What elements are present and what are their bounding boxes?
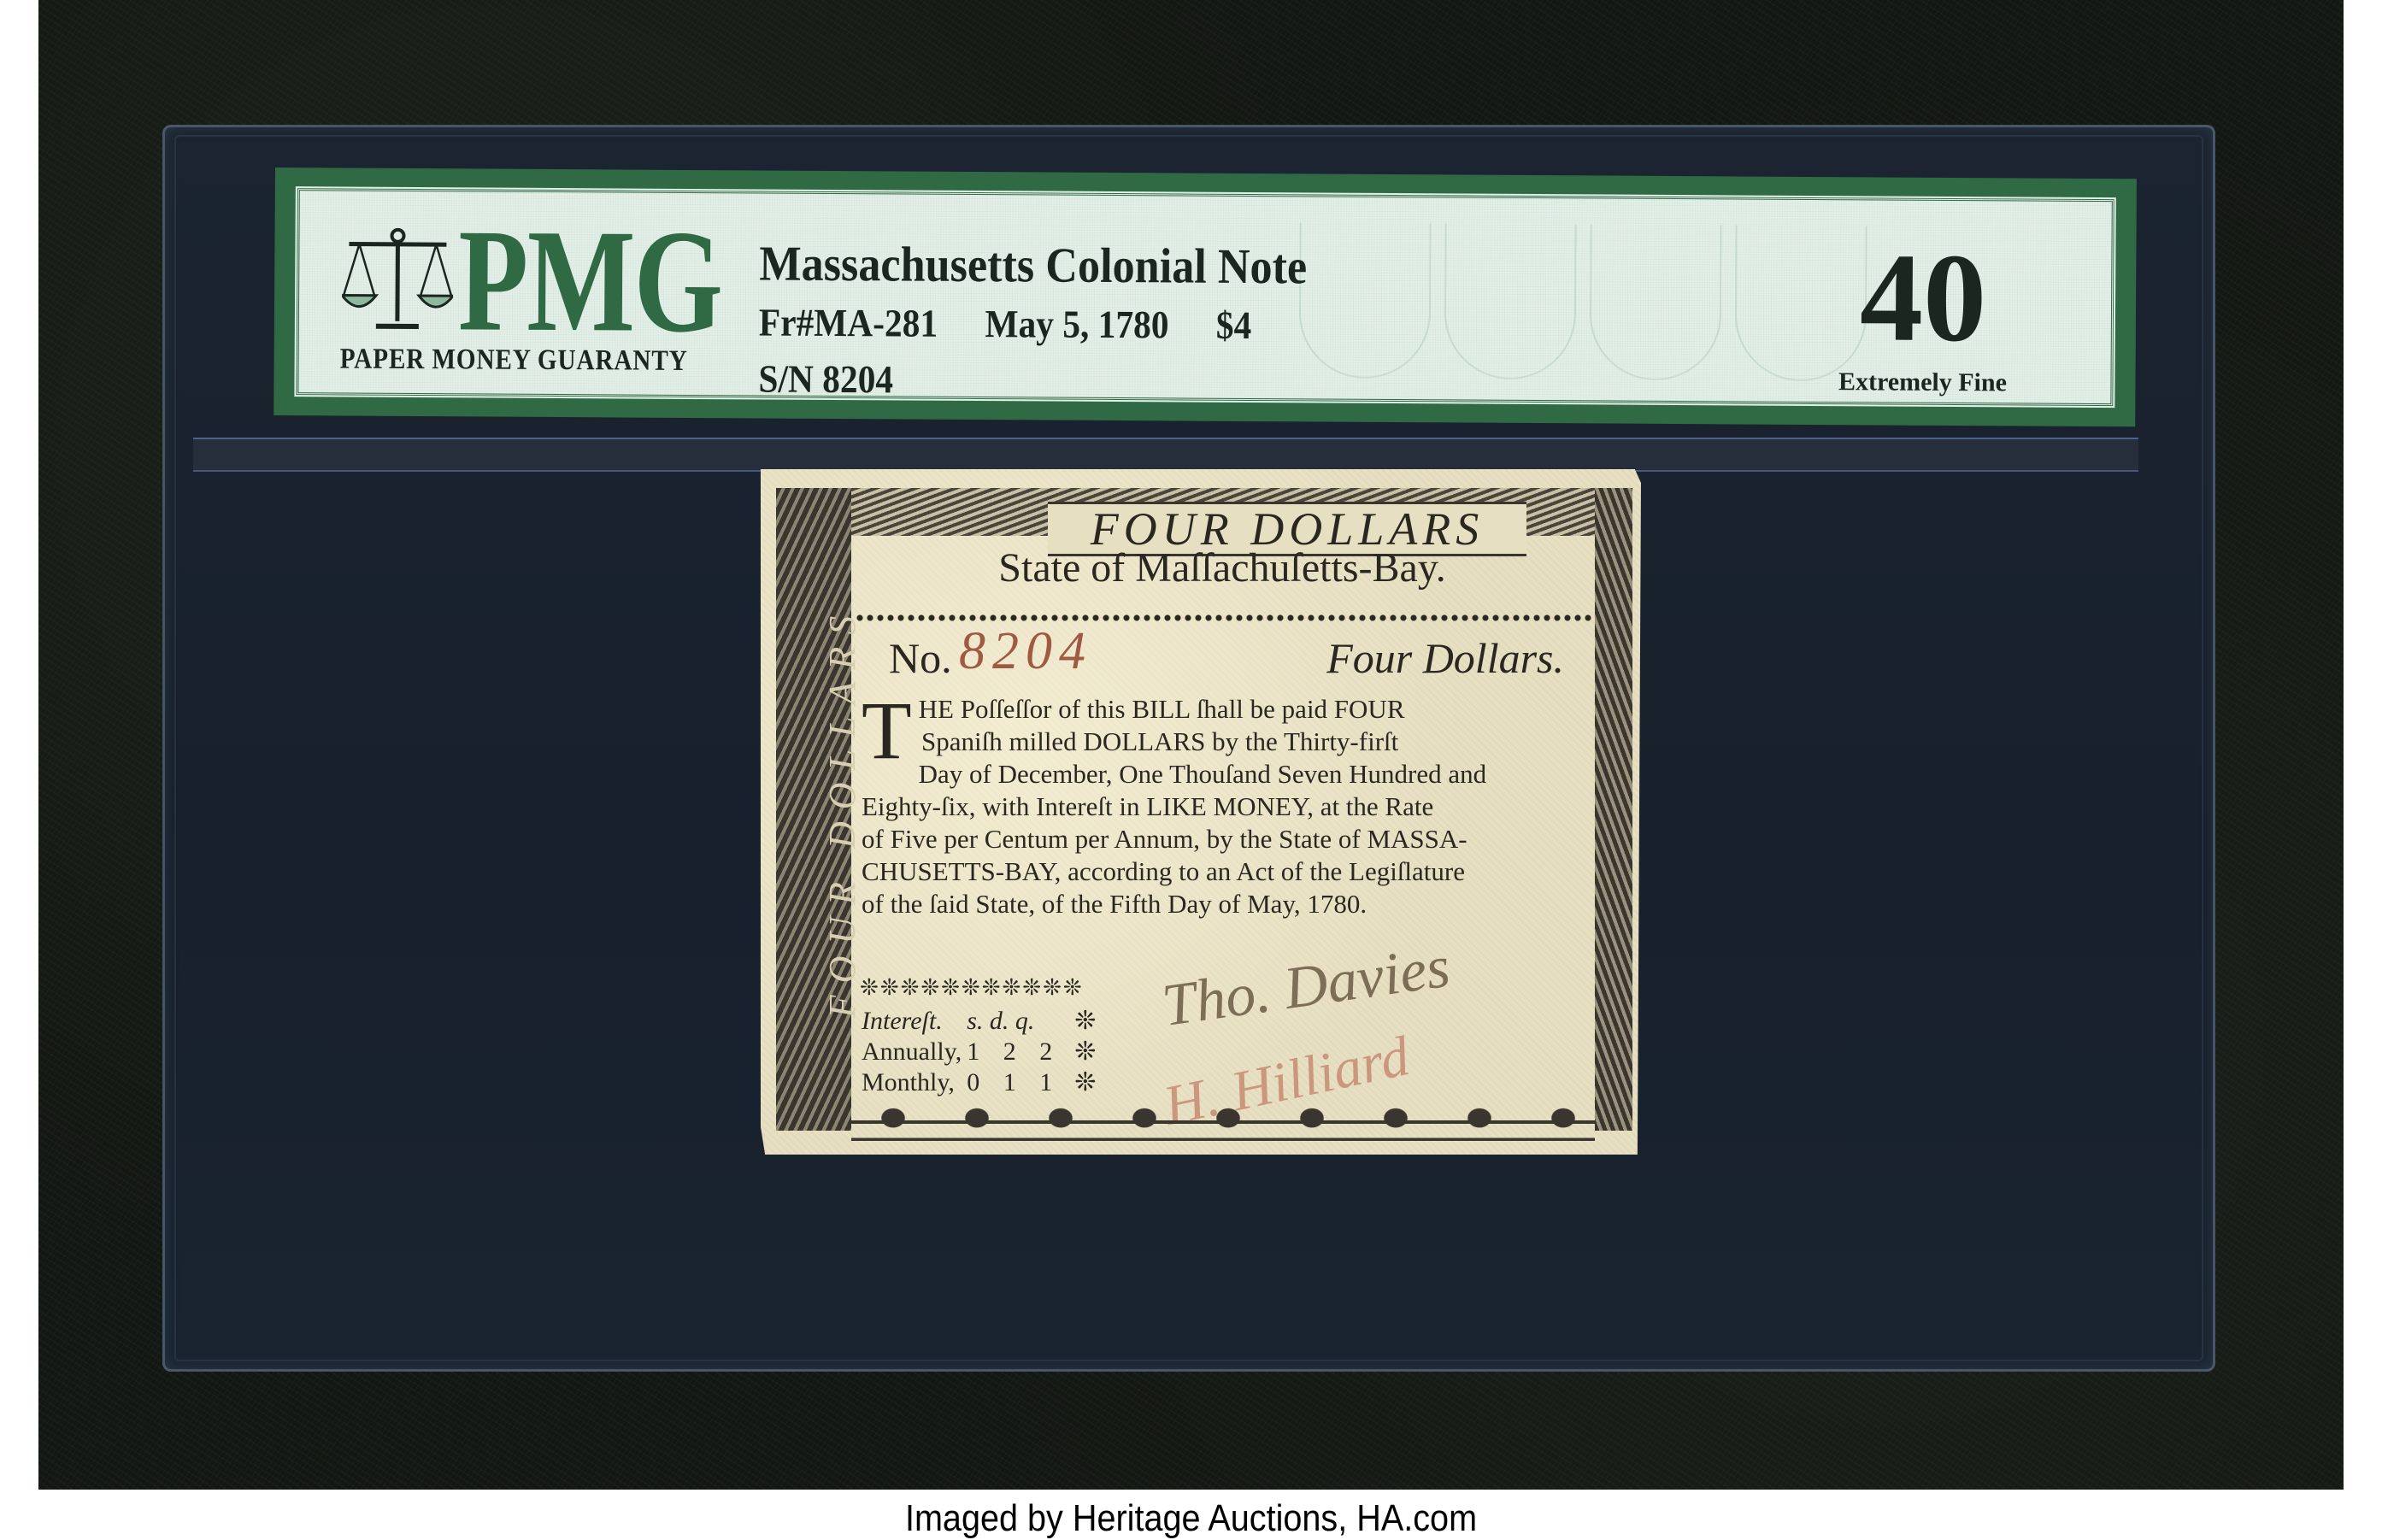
note-denomination: Four Dollars. xyxy=(1326,633,1564,683)
watermark-scales-icon xyxy=(1444,223,1577,379)
rosette-row-icon: ❊❊❊❊❊❊❊❊❊❊❊ xyxy=(860,975,1116,1001)
watermark-scales-icon xyxy=(1590,224,1722,380)
interest-table-row: Monthly, 0 1 1 ❊ xyxy=(862,1067,1101,1098)
note-body-line: Spaniſh milled DOLLARS by the Thirty-fir… xyxy=(862,726,1590,758)
label-details: Fr#MA-281 May 5, 1780 $4 xyxy=(759,299,1291,348)
note-dropcap: T xyxy=(862,697,912,765)
note-body-line: Eighty-ſix, with Intereſt in LIKE MONEY,… xyxy=(862,791,1590,823)
holder-seal-strip xyxy=(193,438,2138,472)
interest-table-header: Intereſt. s. d. q. ❊ xyxy=(862,1006,1101,1037)
denomination: $4 xyxy=(1216,303,1252,347)
watermark-scales-icon xyxy=(1299,222,1432,379)
pmg-label: PMG PAPER MONEY GUARANTY Massachusetts C… xyxy=(273,168,2137,426)
note-header-band: FOUR DOLLARS xyxy=(851,488,1595,536)
label-title: Massachusetts Colonial Note xyxy=(759,234,1307,295)
catalog-number: Fr#MA-281 xyxy=(759,300,938,344)
grade-number: 40 xyxy=(1812,234,2035,362)
note-handwritten-serial: 8204 xyxy=(959,621,1092,682)
rosette-icon: ❊ xyxy=(1066,1006,1101,1037)
note-vertical-border-text: FOUR DOLLARS xyxy=(820,495,858,1127)
rosette-icon: ❊ xyxy=(1066,1037,1101,1067)
image-credit-caption: Imaged by Heritage Auctions, HA.com xyxy=(119,1497,2262,1540)
colonial-note: FOUR DOLLARS FOUR DOLLARS State of Maſſa… xyxy=(761,469,1641,1155)
note-right-border xyxy=(1595,488,1632,1131)
note-number-label: No. xyxy=(889,633,952,683)
label-panel: PMG PAPER MONEY GUARANTY Massachusetts C… xyxy=(296,188,2114,406)
note-body-line: Day of December, One Thouſand Seven Hund… xyxy=(862,758,1590,791)
pmg-logo: PMG xyxy=(458,207,722,356)
rosette-icon: ❊ xyxy=(1066,1067,1101,1098)
pmg-tagline: PAPER MONEY GUARANTY xyxy=(340,343,688,377)
note-state-title: State of Maſſachuſetts-Bay. xyxy=(855,544,1590,591)
serial-number: S/N 8204 xyxy=(758,356,893,402)
issue-date: May 5, 1780 xyxy=(985,302,1168,346)
note-body-line: CHUSETTS-BAY, according to an Act of the… xyxy=(862,855,1590,888)
scales-icon xyxy=(342,225,454,335)
grade-description: Extremely Fine xyxy=(1803,367,2042,398)
interest-table-row: Annually, 1 2 2 ❊ xyxy=(862,1037,1101,1067)
note-body-line: HE Poſſeſſor of this BILL ſhall be paid … xyxy=(862,693,1590,726)
note-bottom-border xyxy=(851,1098,1595,1148)
note-body-line: of Five per Centum per Annum, by the Sta… xyxy=(862,823,1590,855)
interest-table: Intereſt. s. d. q. ❊ Annually, 1 2 2 ❊ M… xyxy=(862,1006,1101,1098)
note-body-line: of the ſaid State, of the Fifth Day of M… xyxy=(862,888,1590,920)
note-body-text: T HE Poſſeſſor of this BILL ſhall be pai… xyxy=(862,693,1590,920)
